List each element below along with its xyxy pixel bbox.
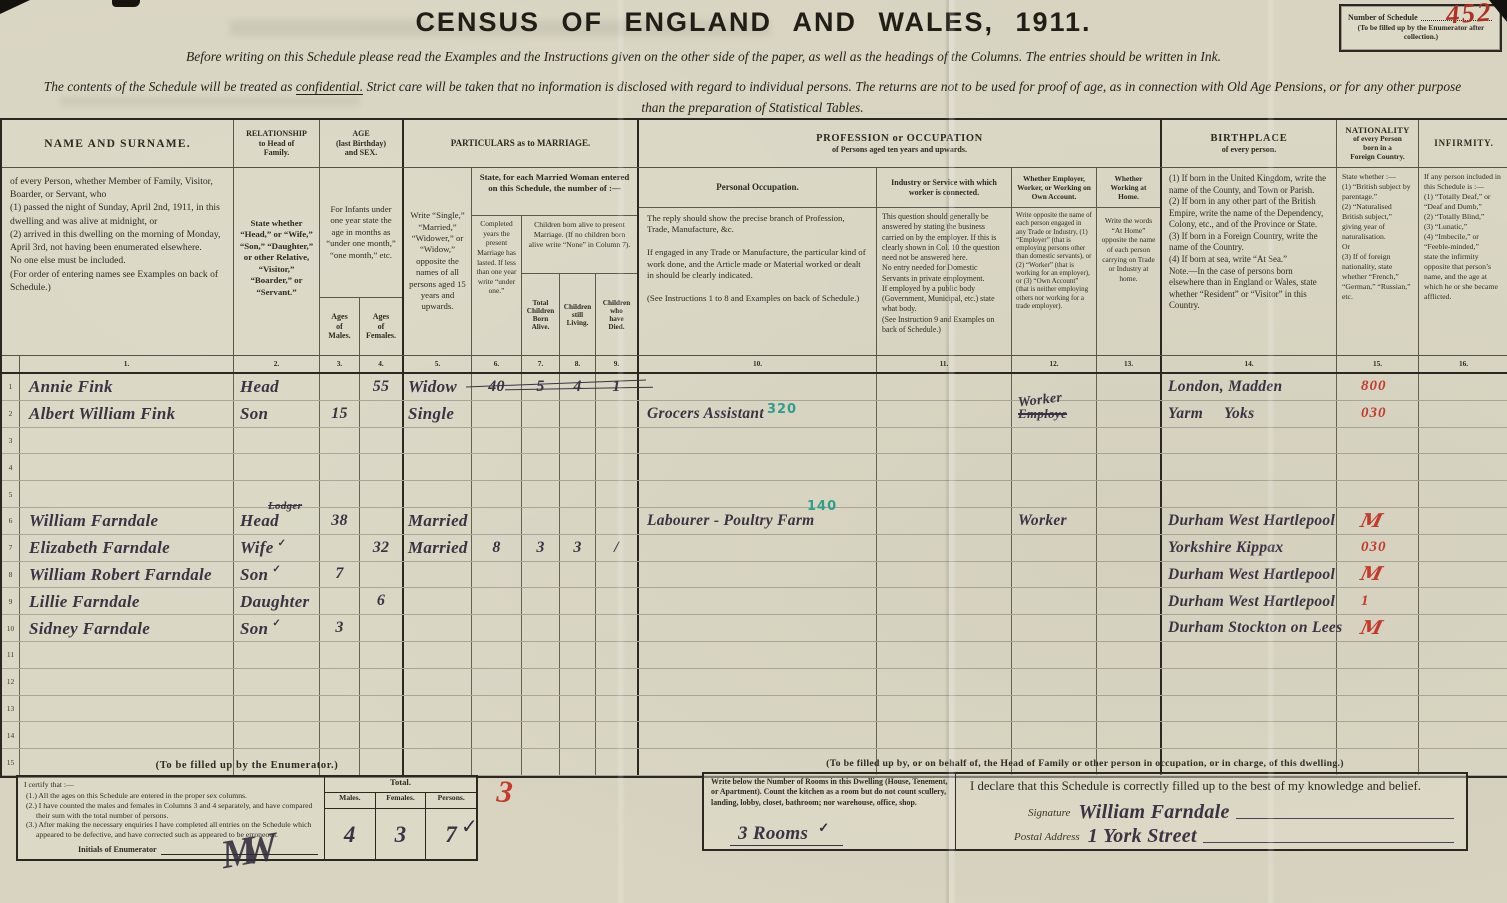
cell-age-males (320, 696, 360, 722)
cell-children-died (596, 696, 639, 722)
census-schedule-page: CENSUS OF ENGLAND AND WALES, 1911. Numbe… (0, 0, 1507, 903)
cell-at-home (1097, 615, 1162, 641)
handwritten-entry: 7 (335, 566, 343, 582)
cell-at-home (1097, 374, 1162, 400)
cell-children-living: 3 (560, 535, 596, 561)
cell-marriage-years (472, 749, 522, 775)
handwritten-entry: Son (240, 566, 268, 583)
cell-industry (877, 615, 1012, 641)
cell-marital (404, 562, 472, 588)
cell-employer (1012, 481, 1097, 507)
handwritten-entry: Lillie Farndale (29, 593, 140, 610)
cell-age-males: 15 (320, 401, 360, 427)
cell-marital (404, 588, 472, 614)
totals-persons-label: Persons. (426, 793, 476, 808)
cell-marriage-years (472, 401, 522, 427)
cell-at-home (1097, 535, 1162, 561)
cell-children-died (596, 615, 639, 641)
cell-infirmity (1419, 669, 1507, 695)
handwritten-entry: Daughter (240, 593, 309, 610)
cell-at-home (1097, 669, 1162, 695)
cell-relationship: Daughter (234, 588, 320, 614)
cell-birthplace (1162, 428, 1337, 454)
cell-employer: Worker (1012, 508, 1097, 534)
cell-nationality: M (1337, 562, 1419, 588)
table-body: 1Annie FinkHead55Widow40541London, Madde… (2, 374, 1507, 776)
cell-nationality: 800 (1337, 374, 1419, 400)
cell-marital (404, 481, 472, 507)
table-row-7: 7Elizabeth FarndaleWife✓32Married833/Yor… (2, 535, 1507, 562)
handwritten-entry: 030 (1361, 405, 1387, 422)
cell-marriage-years (472, 615, 522, 641)
handwritten-entry: 32 (373, 540, 390, 556)
cell-children-died (596, 749, 639, 775)
cell-children-died (596, 508, 639, 534)
totals-header: Total. (325, 777, 476, 793)
cell-employer (1012, 722, 1097, 748)
handwritten-entry: Head (240, 378, 279, 395)
header-nationality: NATIONALITY of every Person born in a Fo… (1337, 120, 1419, 167)
cell-infirmity (1419, 722, 1507, 748)
cell-marriage-years (472, 454, 522, 480)
cell-at-home (1097, 401, 1162, 427)
column-number-5: 5. (404, 356, 472, 372)
instruction-line: Before writing on this Schedule please r… (110, 49, 1297, 65)
handwritten-entry: M (1358, 617, 1386, 639)
header-name-surname: NAME AND SURNAME. (2, 120, 234, 167)
cell-age-males (320, 535, 360, 561)
handwritten-entry: William Farndale (29, 512, 158, 529)
handwritten-entry: 5 (536, 379, 544, 395)
cell-infirmity (1419, 562, 1507, 588)
cell-marital (404, 615, 472, 641)
cell-occupation (639, 669, 877, 695)
cell-name: Annie Fink (20, 374, 234, 400)
table-row-4: 4 (2, 454, 1507, 481)
desc-nationality: State whether :— (1) “British subject by… (1337, 168, 1419, 355)
marriage-married-woman-group: State, for each Married Woman entered on… (472, 168, 637, 355)
totals-column-labels: Males. Females. Persons. (325, 793, 476, 809)
cell-birthplace (1162, 481, 1337, 507)
cell-name (20, 696, 234, 722)
desc-employer-worker: Write opposite the name of each person e… (1012, 208, 1096, 355)
handwritten-entry: London, Madden (1168, 379, 1282, 395)
cell-relationship: Son✓ (234, 562, 320, 588)
row-number: 8 (2, 562, 20, 588)
handwritten-entry: Wife (240, 539, 274, 556)
enumerator-section: (To be filled up by the Enumerator.) I c… (16, 760, 478, 861)
cell-children-living (560, 428, 596, 454)
cell-name (20, 481, 234, 507)
cell-age-females (360, 642, 404, 668)
cell-children-died (596, 722, 639, 748)
header-birthplace-title: BIRTHPLACE (1210, 132, 1287, 145)
column-number-3: 3. (320, 356, 360, 372)
handwritten-entry: 55 (373, 379, 390, 395)
handwritten-entry: Single (408, 405, 454, 422)
cell-marital (404, 696, 472, 722)
cell-industry (877, 642, 1012, 668)
header-profession: PROFESSION or OCCUPATION of Persons aged… (639, 120, 1162, 167)
cell-children-living (560, 401, 596, 427)
cell-age-females (360, 722, 404, 748)
cell-marital: Married (404, 535, 472, 561)
subheader-ages-males: Ages of Males. (320, 298, 360, 355)
marriage-subcolumns: Completed years the present Marriage has… (472, 216, 637, 355)
handwritten-entry: M (1358, 510, 1386, 532)
cell-birthplace: Durham West Hartlepool (1162, 508, 1337, 534)
cell-children-born (522, 481, 560, 507)
confidentiality-line-1: The contents of the Schedule will be tre… (8, 77, 1497, 98)
cell-employer (1012, 696, 1097, 722)
cell-children-born: 5 (522, 374, 560, 400)
totals-females-value: 3 (376, 809, 427, 859)
cell-birthplace: Yarm Yoks (1162, 401, 1337, 427)
cell-occupation: Labourer - Poultry Farm140 (639, 508, 877, 534)
scan-corner-top-right (1489, 0, 1507, 22)
column-number-12: 12. (1012, 356, 1097, 372)
certify-item-3: (3.) After making the necessary enquirie… (24, 820, 318, 840)
table-title-band: NAME AND SURNAME. RELATIONSHIP to Head o… (2, 120, 1507, 168)
row-number: 1 (2, 374, 20, 400)
cell-nationality: 030 (1337, 401, 1419, 427)
row-number: 11 (2, 642, 20, 668)
handwritten-entry: 030 (1361, 539, 1387, 556)
cell-age-females (360, 428, 404, 454)
desc-children-born: Children born alive to present Marriage.… (522, 216, 637, 274)
cell-marriage-years: 8 (472, 535, 522, 561)
cell-children-born (522, 615, 560, 641)
schedule-number-label: Number of Schedule (1348, 13, 1418, 22)
at-home-column: Whether Working at Home. Write the words… (1097, 168, 1160, 355)
table-row-13: 13 (2, 696, 1507, 723)
cell-children-living (560, 696, 596, 722)
totals-males-label: Males. (325, 793, 376, 808)
cell-children-living (560, 749, 596, 775)
children-subcolumns: Total Children Born Alive. Children stil… (522, 274, 637, 355)
handwritten-entry: Widow (408, 378, 457, 395)
cell-industry (877, 374, 1012, 400)
cell-marriage-years (472, 722, 522, 748)
desc-age-sex: For Infants under one year state the age… (320, 168, 404, 355)
cell-age-males (320, 642, 360, 668)
desc-age-infants: For Infants under one year state the age… (320, 168, 402, 298)
row-number: 10 (2, 615, 20, 641)
cell-marriage-years (472, 669, 522, 695)
desc-marriage-single: Write “Single,” “Married,” “Widower,” or… (404, 168, 472, 355)
cell-infirmity (1419, 481, 1507, 507)
cell-age-males (320, 669, 360, 695)
handwritten-entry: / (614, 540, 619, 556)
handwritten-entry: Yarm Yoks (1168, 406, 1254, 422)
handwritten-entry: Son (240, 620, 268, 637)
cell-marital (404, 722, 472, 748)
declaration-statement: I declare that this Schedule is correctl… (966, 779, 1454, 794)
cell-birthplace: Durham Stockton on Lees (1162, 615, 1337, 641)
cell-age-males (320, 374, 360, 400)
cell-occupation (639, 454, 877, 480)
handwritten-entry: 6 (377, 593, 385, 609)
cell-children-died (596, 669, 639, 695)
handwritten-entry: 1 (1361, 593, 1370, 610)
cell-marital: Married (404, 508, 472, 534)
cell-at-home (1097, 562, 1162, 588)
table-row-6: 6William FarndaleHeadLodger38MarriedLabo… (2, 508, 1507, 535)
cell-age-females (360, 508, 404, 534)
cell-nationality: M (1337, 508, 1419, 534)
cell-relationship (234, 696, 320, 722)
totals-values: 4 3 7 (325, 809, 476, 859)
cell-nationality (1337, 696, 1419, 722)
cell-nationality: 1 (1337, 588, 1419, 614)
handwritten-entry: Married (408, 512, 468, 529)
scan-edge-mark (112, 0, 140, 7)
cell-children-born (522, 642, 560, 668)
table-row-1: 1Annie FinkHead55Widow40541London, Madde… (2, 374, 1507, 401)
postal-address-ruled-line (1203, 836, 1454, 843)
rooms-value: 3 Rooms (738, 823, 808, 844)
cell-children-living (560, 508, 596, 534)
cell-infirmity (1419, 428, 1507, 454)
cell-employer (1012, 454, 1097, 480)
cell-age-females (360, 454, 404, 480)
row-number: 5 (2, 481, 20, 507)
desc-infirmity: If any person included in this Schedule … (1419, 168, 1507, 355)
cell-birthplace: Yorkshire Kippax (1162, 535, 1337, 561)
cell-occupation: Grocers Assistant320 (639, 401, 877, 427)
header-relationship: RELATIONSHIP to Head of Family. (234, 120, 320, 167)
cell-birthplace (1162, 722, 1337, 748)
handwritten-entry: Yorkshire Kippax (1168, 540, 1283, 556)
column-number-10: 10. (639, 356, 877, 372)
handwritten-entry: Durham West Hartlepool (1168, 594, 1335, 610)
cell-children-died (596, 642, 639, 668)
cell-name: Sidney Farndale (20, 615, 234, 641)
handwritten-entry: Labourer - Poultry Farm (647, 513, 815, 529)
signature-line: Signature William Farndale (966, 795, 1454, 819)
cell-age-females: 32 (360, 535, 404, 561)
cell-occupation (639, 615, 877, 641)
cell-occupation (639, 642, 877, 668)
schedule-number-value: 452 (1444, 0, 1493, 31)
row-number: 7 (2, 535, 20, 561)
row-number: 4 (2, 454, 20, 480)
column-number-14: 14. (1162, 356, 1337, 372)
column-numbers-row: 1.2.3.4.5.6.7.8.9.10.11.12.13.14.15.16. (2, 356, 1507, 374)
cell-employer (1012, 562, 1097, 588)
cell-employer (1012, 669, 1097, 695)
children-group: Children born alive to present Marriage.… (522, 216, 637, 355)
cell-marital (404, 428, 472, 454)
cell-name: Albert William Fink (20, 401, 234, 427)
cell-children-living (560, 481, 596, 507)
cell-birthplace: Durham West Hartlepool (1162, 562, 1337, 588)
occupation-column: Personal Occupation. The reply should sh… (639, 168, 877, 355)
certify-item-1: (1.) All the ages on this Schedule are e… (24, 791, 318, 801)
table-row-14: 14 (2, 722, 1507, 749)
cell-children-born (522, 749, 560, 775)
handwritten-entry: Annie Fink (29, 378, 113, 395)
cell-children-born (522, 401, 560, 427)
cell-industry (877, 401, 1012, 427)
cell-age-males (320, 428, 360, 454)
cell-name: William Robert Farndale (20, 562, 234, 588)
column-number-15: 15. (1337, 356, 1419, 372)
declaration-main: I declare that this Schedule is correctl… (956, 774, 1466, 849)
cell-nationality: M (1337, 615, 1419, 641)
cell-relationship (234, 669, 320, 695)
cell-age-males (320, 481, 360, 507)
cell-name (20, 669, 234, 695)
handwritten-entry: Durham West Hartlepool (1168, 567, 1335, 583)
cell-occupation (639, 374, 877, 400)
desc-industry: This question should generally be answer… (877, 208, 1011, 355)
cell-marriage-years (472, 696, 522, 722)
cell-at-home (1097, 722, 1162, 748)
desc-married-woman: State, for each Married Woman entered on… (472, 168, 637, 216)
page-title: CENSUS OF ENGLAND AND WALES, 1911. (0, 7, 1507, 38)
handwritten-entry: 140 (807, 499, 837, 514)
cell-relationship: Wife✓ (234, 535, 320, 561)
cell-industry (877, 454, 1012, 480)
handwritten-entry: 320 (767, 402, 797, 417)
cell-age-males: 7 (320, 562, 360, 588)
column-number-11: 11. (877, 356, 1012, 372)
red-annotation-3: 3 (495, 773, 514, 810)
cell-children-living (560, 722, 596, 748)
handwritten-entry: 3 (536, 540, 544, 556)
handwritten-entry: Elizabeth Farndale (29, 539, 170, 556)
header-profession-sub: of Persons aged ten years and upwards. (832, 145, 967, 155)
cell-industry (877, 562, 1012, 588)
postal-address-label: Postal Address (1014, 831, 1080, 843)
cell-children-born (522, 454, 560, 480)
age-subcolumns: Ages of Males. Ages of Females. (320, 298, 402, 355)
cell-at-home (1097, 454, 1162, 480)
column-number-7: 7. (522, 356, 560, 372)
cell-children-died (596, 454, 639, 480)
subheader-personal-occupation: Personal Occupation. (639, 168, 876, 208)
cell-birthplace (1162, 642, 1337, 668)
cell-employer (1012, 642, 1097, 668)
handwritten-entry: 800 (1361, 378, 1387, 395)
handwritten-entry: 15 (331, 406, 348, 422)
cell-relationship: HeadLodger (234, 508, 320, 534)
cell-industry (877, 535, 1012, 561)
cell-name: Lillie Farndale (20, 588, 234, 614)
cell-children-born: 3 (522, 535, 560, 561)
cell-age-females (360, 669, 404, 695)
handwritten-entry: ✓ (272, 565, 281, 575)
handwritten-entry: 40 (488, 379, 505, 395)
declaration-section: (To be filled up by, or on behalf of, th… (702, 758, 1468, 851)
confidential-underlined-word: confidential. (296, 79, 363, 95)
cell-nationality (1337, 722, 1419, 748)
subheader-ages-females: Ages of Females. (360, 298, 402, 355)
initials-line: Initials of Enumerator (78, 845, 318, 856)
cell-industry (877, 481, 1012, 507)
signature-value: William Farndale (1078, 802, 1229, 822)
initials-label: Initials of Enumerator (78, 845, 157, 856)
cell-children-born (522, 562, 560, 588)
signature-ruled-line (1236, 812, 1454, 819)
cell-nationality: 030 (1337, 535, 1419, 561)
cell-age-males (320, 454, 360, 480)
postal-address-value: 1 York Street (1088, 826, 1197, 846)
desc-working-at-home: Write the words “At Home” opposite the n… (1097, 208, 1160, 355)
cell-employer (1012, 615, 1097, 641)
handwritten-entry: 3 (573, 540, 581, 556)
cell-relationship: Son (234, 401, 320, 427)
signature-label: Signature (1028, 807, 1070, 819)
column-number-6: 6. (472, 356, 522, 372)
cell-age-males (320, 588, 360, 614)
handwritten-entry: Grocers Assistant (647, 406, 764, 422)
cell-birthplace (1162, 454, 1337, 480)
desc-birthplace: (1) If born in the United Kingdom, write… (1162, 168, 1337, 355)
subheader-children-born-alive: Total Children Born Alive. (522, 274, 560, 355)
header-nationality-sub: of every Person born in a Foreign Countr… (1350, 135, 1404, 162)
cell-age-females: 6 (360, 588, 404, 614)
row-number: 13 (2, 696, 20, 722)
enumerator-check-mark: ✓ (461, 814, 478, 839)
header-infirmity: INFIRMITY. (1419, 120, 1507, 167)
subheader-children-living: Children still Living. (560, 274, 596, 355)
cell-name (20, 428, 234, 454)
cell-children-born (522, 722, 560, 748)
subheader-working-at-home: Whether Working at Home. (1097, 168, 1160, 208)
confidentiality-notice: The contents of the Schedule will be tre… (8, 77, 1497, 119)
cell-children-living (560, 615, 596, 641)
cell-children-died (596, 428, 639, 454)
row-number: 9 (2, 588, 20, 614)
cell-children-died (596, 588, 639, 614)
column-number-2: 2. (234, 356, 320, 372)
cell-name: William Farndale (20, 508, 234, 534)
handwritten-entry: Worker (1018, 513, 1067, 529)
cell-nationality (1337, 481, 1419, 507)
cell-marital: Single (404, 401, 472, 427)
cell-birthplace: London, Madden (1162, 374, 1337, 400)
row-number: 6 (2, 508, 20, 534)
cell-marriage-years (472, 508, 522, 534)
cell-birthplace: Durham West Hartlepool (1162, 588, 1337, 614)
cell-relationship: Head (234, 374, 320, 400)
totals-males-value: 4 (325, 809, 376, 859)
cell-at-home (1097, 642, 1162, 668)
table-row-11: 11 (2, 642, 1507, 669)
handwritten-entry: Albert William Fink (29, 405, 175, 422)
column-number-1: 1. (20, 356, 234, 372)
cell-marital (404, 642, 472, 668)
enumerator-heading: (To be filled up by the Enumerator.) (16, 760, 478, 771)
handwritten-entry: M (1358, 563, 1386, 585)
desc-profession: Personal Occupation. The reply should sh… (639, 168, 1162, 355)
handwritten-entry: Married (408, 539, 468, 556)
cell-relationship (234, 642, 320, 668)
header-profession-title: PROFESSION or OCCUPATION (816, 132, 983, 145)
header-marriage: PARTICULARS as to MARRIAGE. (404, 120, 639, 167)
subheader-children-died: Children who have Died. (596, 274, 637, 355)
cell-children-living (560, 588, 596, 614)
desc-name-surname: of every Person, whether Member of Famil… (2, 168, 234, 355)
cell-children-living (560, 562, 596, 588)
cell-age-males: 3 (320, 615, 360, 641)
cell-marriage-years (472, 428, 522, 454)
desc-relationship: State whether “Head,” or “Wife,” “Son,” … (234, 168, 320, 355)
cell-industry (877, 428, 1012, 454)
cell-nationality (1337, 642, 1419, 668)
